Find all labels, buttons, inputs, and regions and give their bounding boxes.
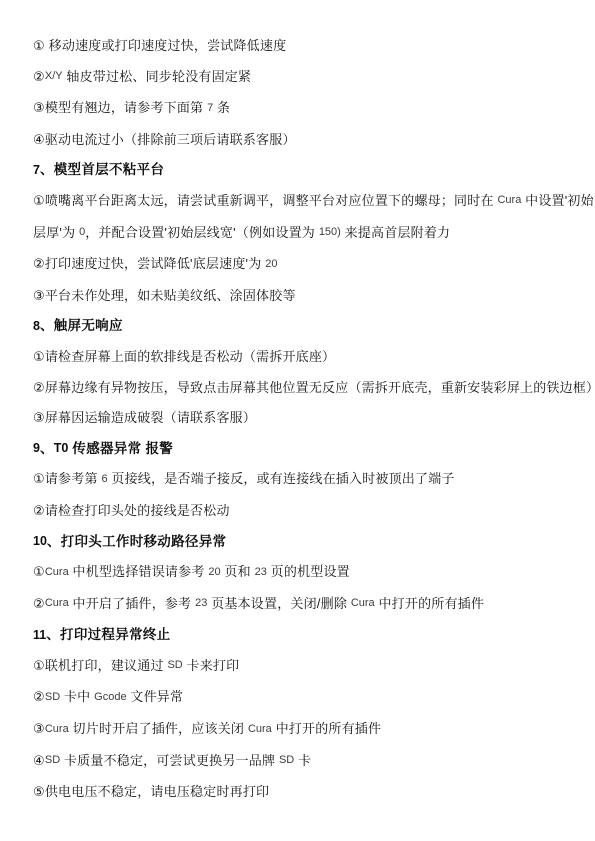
latin-text-run: 0 [79, 226, 85, 238]
text-run: ④驱动电流过小（排除前三项后请联系客服） [33, 132, 296, 147]
text-run: ③ [33, 721, 45, 736]
text-run: 页接线，是否端子接反，或有连接线在插入时被顶出了端子 [108, 471, 455, 486]
faq-line: ③平台未作处理，如未贴美纹纸、涂固体胶等 [33, 281, 589, 312]
latin-text-run: Cura [351, 597, 375, 609]
section-heading: 11、打印过程异常终止 [33, 620, 589, 651]
latin-text-run: SD [279, 754, 294, 766]
faq-line: ②Cura 中开启了插件，参考 23 页基本设置，关闭/删除 Cura 中打开的… [33, 589, 589, 621]
faq-line: ①喷嘴离平台距离太远，请尝试重新调平，调整平台对应位置下的螺母；同时在 Cura… [33, 186, 589, 218]
text-run: 文件异常 [127, 689, 184, 704]
faq-line: 层厚'为 0，并配合设置'初始层线宽'（例如设置为 150) 来提高首层附着力 [33, 218, 589, 250]
faq-line: ③Cura 切片时开启了插件，应该关闭 Cura 中打开的所有插件 [33, 714, 589, 746]
section-heading: 7、模型首层不粘平台 [33, 155, 589, 186]
latin-text-run: Gcode [94, 691, 126, 703]
text-run: 卡来打印 [183, 658, 240, 673]
faq-line: ④SD 卡质量不稳定，可尝试更换另一品牌 SD 卡 [33, 746, 589, 778]
latin-text-run: SD [45, 691, 60, 703]
faq-line: ①请参考第 6 页接线，是否端子接反，或有连接线在插入时被顶出了端子 [33, 464, 589, 496]
faq-line: ②X/Y 轴皮带过松、同步轮没有固定紧 [33, 62, 589, 94]
faq-line: ① 移动速度或打印速度过快，尝试降低速度 [33, 31, 589, 62]
text-run: 中机型选择错误请参考 [69, 564, 209, 579]
text-run: 传感器异常 报警 [68, 441, 173, 456]
text-run: 轴皮带过松、同步轮没有固定紧 [63, 69, 252, 84]
section-heading: 9、T0 传感器异常 报警 [33, 434, 589, 465]
text-run: ①请参考第 [33, 471, 101, 486]
text-run: ② [33, 689, 45, 704]
text-run: ①请检查屏幕上面的软排线是否松动（需拆开底座） [33, 349, 335, 364]
section-heading: 10、打印头工作时移动路径异常 [33, 527, 589, 558]
text-run: 切片时开启了插件，应该关闭 [69, 721, 248, 736]
latin-text-run: Cura [45, 597, 69, 609]
text-run: 、触屏无响应 [40, 318, 123, 333]
latin-text-run: 6 [101, 473, 107, 485]
text-run: ①喷嘴离平台距离太远，请尝试重新调平，调整平台对应位置下的螺母；同时在 [33, 193, 497, 208]
text-run: ④ [33, 753, 45, 768]
text-run: 中打开的所有插件 [375, 596, 484, 611]
latin-text-run: 8 [33, 319, 40, 333]
latin-text-run: 7 [207, 102, 213, 114]
faq-line: ①联机打印，建议通过 SD 卡来打印 [33, 651, 589, 683]
text-run: ② [33, 596, 45, 611]
text-run: ① 移动速度或打印速度过快，尝试降低速度 [33, 38, 286, 53]
latin-text-run: 20 [208, 566, 220, 578]
text-run: 卡 [294, 753, 311, 768]
faq-line: ④驱动电流过小（排除前三项后请联系客服） [33, 125, 589, 156]
text-run: 来提高首层附着力 [341, 225, 450, 240]
text-run: ③屏幕因运输造成破裂（请联系客服） [33, 410, 256, 425]
text-run: ③平台未作处理，如未贴美纹纸、涂固体胶等 [33, 288, 296, 303]
text-run: ①联机打印，建议通过 [33, 658, 167, 673]
text-run: 中开启了插件，参考 [69, 596, 195, 611]
latin-text-run: Cura [45, 723, 69, 735]
text-run: ① [33, 564, 45, 579]
latin-text-run: 10 [33, 534, 47, 548]
text-run: 页和 [221, 564, 255, 579]
latin-text-run: 23 [195, 597, 207, 609]
latin-text-run: 150) [319, 226, 341, 238]
text-run: 、打印过程异常终止 [46, 627, 170, 642]
text-run: 页的机型设置 [267, 564, 350, 579]
text-run: 卡中 [60, 689, 94, 704]
text-run: ②打印速度过快，尝试降低'底层速度'为 [33, 256, 265, 271]
latin-text-run: Cura [497, 194, 521, 206]
document-page: ① 移动速度或打印速度过快，尝试降低速度②X/Y 轴皮带过松、同步轮没有固定紧③… [0, 0, 595, 841]
faq-line: ①Cura 中机型选择错误请参考 20 页和 23 页的机型设置 [33, 557, 589, 589]
faq-line: ⑤供电电压不稳定，请电压稳定时再打印 [33, 777, 589, 808]
text-run: 中设置'初始 [521, 193, 594, 208]
faq-line: ②打印速度过快，尝试降低'底层速度'为 20 [33, 249, 589, 281]
faq-line: ②屏幕边缘有异物按压，导致点击屏幕其他位置无反应（需拆开底壳，重新安装彩屏上的铁… [33, 373, 589, 404]
latin-text-run: 7 [33, 163, 40, 177]
latin-text-run: SD [45, 754, 60, 766]
latin-text-run: T0 [54, 441, 69, 455]
text-run: 、 [40, 441, 54, 456]
text-run: ② [33, 69, 45, 84]
faq-line: ②SD 卡中 Gcode 文件异常 [33, 682, 589, 714]
text-run: 层厚'为 [33, 225, 79, 240]
text-run: 中打开的所有插件 [272, 721, 381, 736]
text-run: ⑤供电电压不稳定，请电压稳定时再打印 [33, 784, 269, 799]
faq-line: ③屏幕因运输造成破裂（请联系客服） [33, 403, 589, 434]
latin-text-run: SD [167, 659, 182, 671]
text-run: 、打印头工作时移动路径异常 [47, 534, 226, 549]
latin-text-run: 23 [255, 566, 267, 578]
faq-line: ①请检查屏幕上面的软排线是否松动（需拆开底座） [33, 342, 589, 373]
latin-text-run: 11 [33, 628, 46, 642]
latin-text-run: Cura [248, 723, 272, 735]
text-run: 、模型首层不粘平台 [40, 162, 164, 177]
latin-text-run: X/Y [45, 70, 63, 82]
text-run: ③模型有翘边，请参考下面第 [33, 100, 207, 115]
text-run: 卡质量不稳定，可尝试更换另一品牌 [60, 753, 279, 768]
latin-text-run: Cura [45, 566, 69, 578]
text-run: ，并配合设置'初始层线宽'（例如设置为 [85, 225, 319, 240]
faq-line: ③模型有翘边，请参考下面第 7 条 [33, 93, 589, 125]
text-run: 页基本设置，关闭/删除 [207, 596, 350, 611]
text-run: ②屏幕边缘有异物按压，导致点击屏幕其他位置无反应（需拆开底壳，重新安装彩屏上的铁… [33, 380, 595, 395]
section-heading: 8、触屏无响应 [33, 311, 589, 342]
text-run: 条 [213, 100, 230, 115]
latin-text-run: 9 [33, 441, 40, 455]
text-run: ②请检查打印头处的接线是否松动 [33, 503, 230, 518]
latin-text-run: 20 [265, 258, 277, 270]
faq-line: ②请检查打印头处的接线是否松动 [33, 496, 589, 527]
